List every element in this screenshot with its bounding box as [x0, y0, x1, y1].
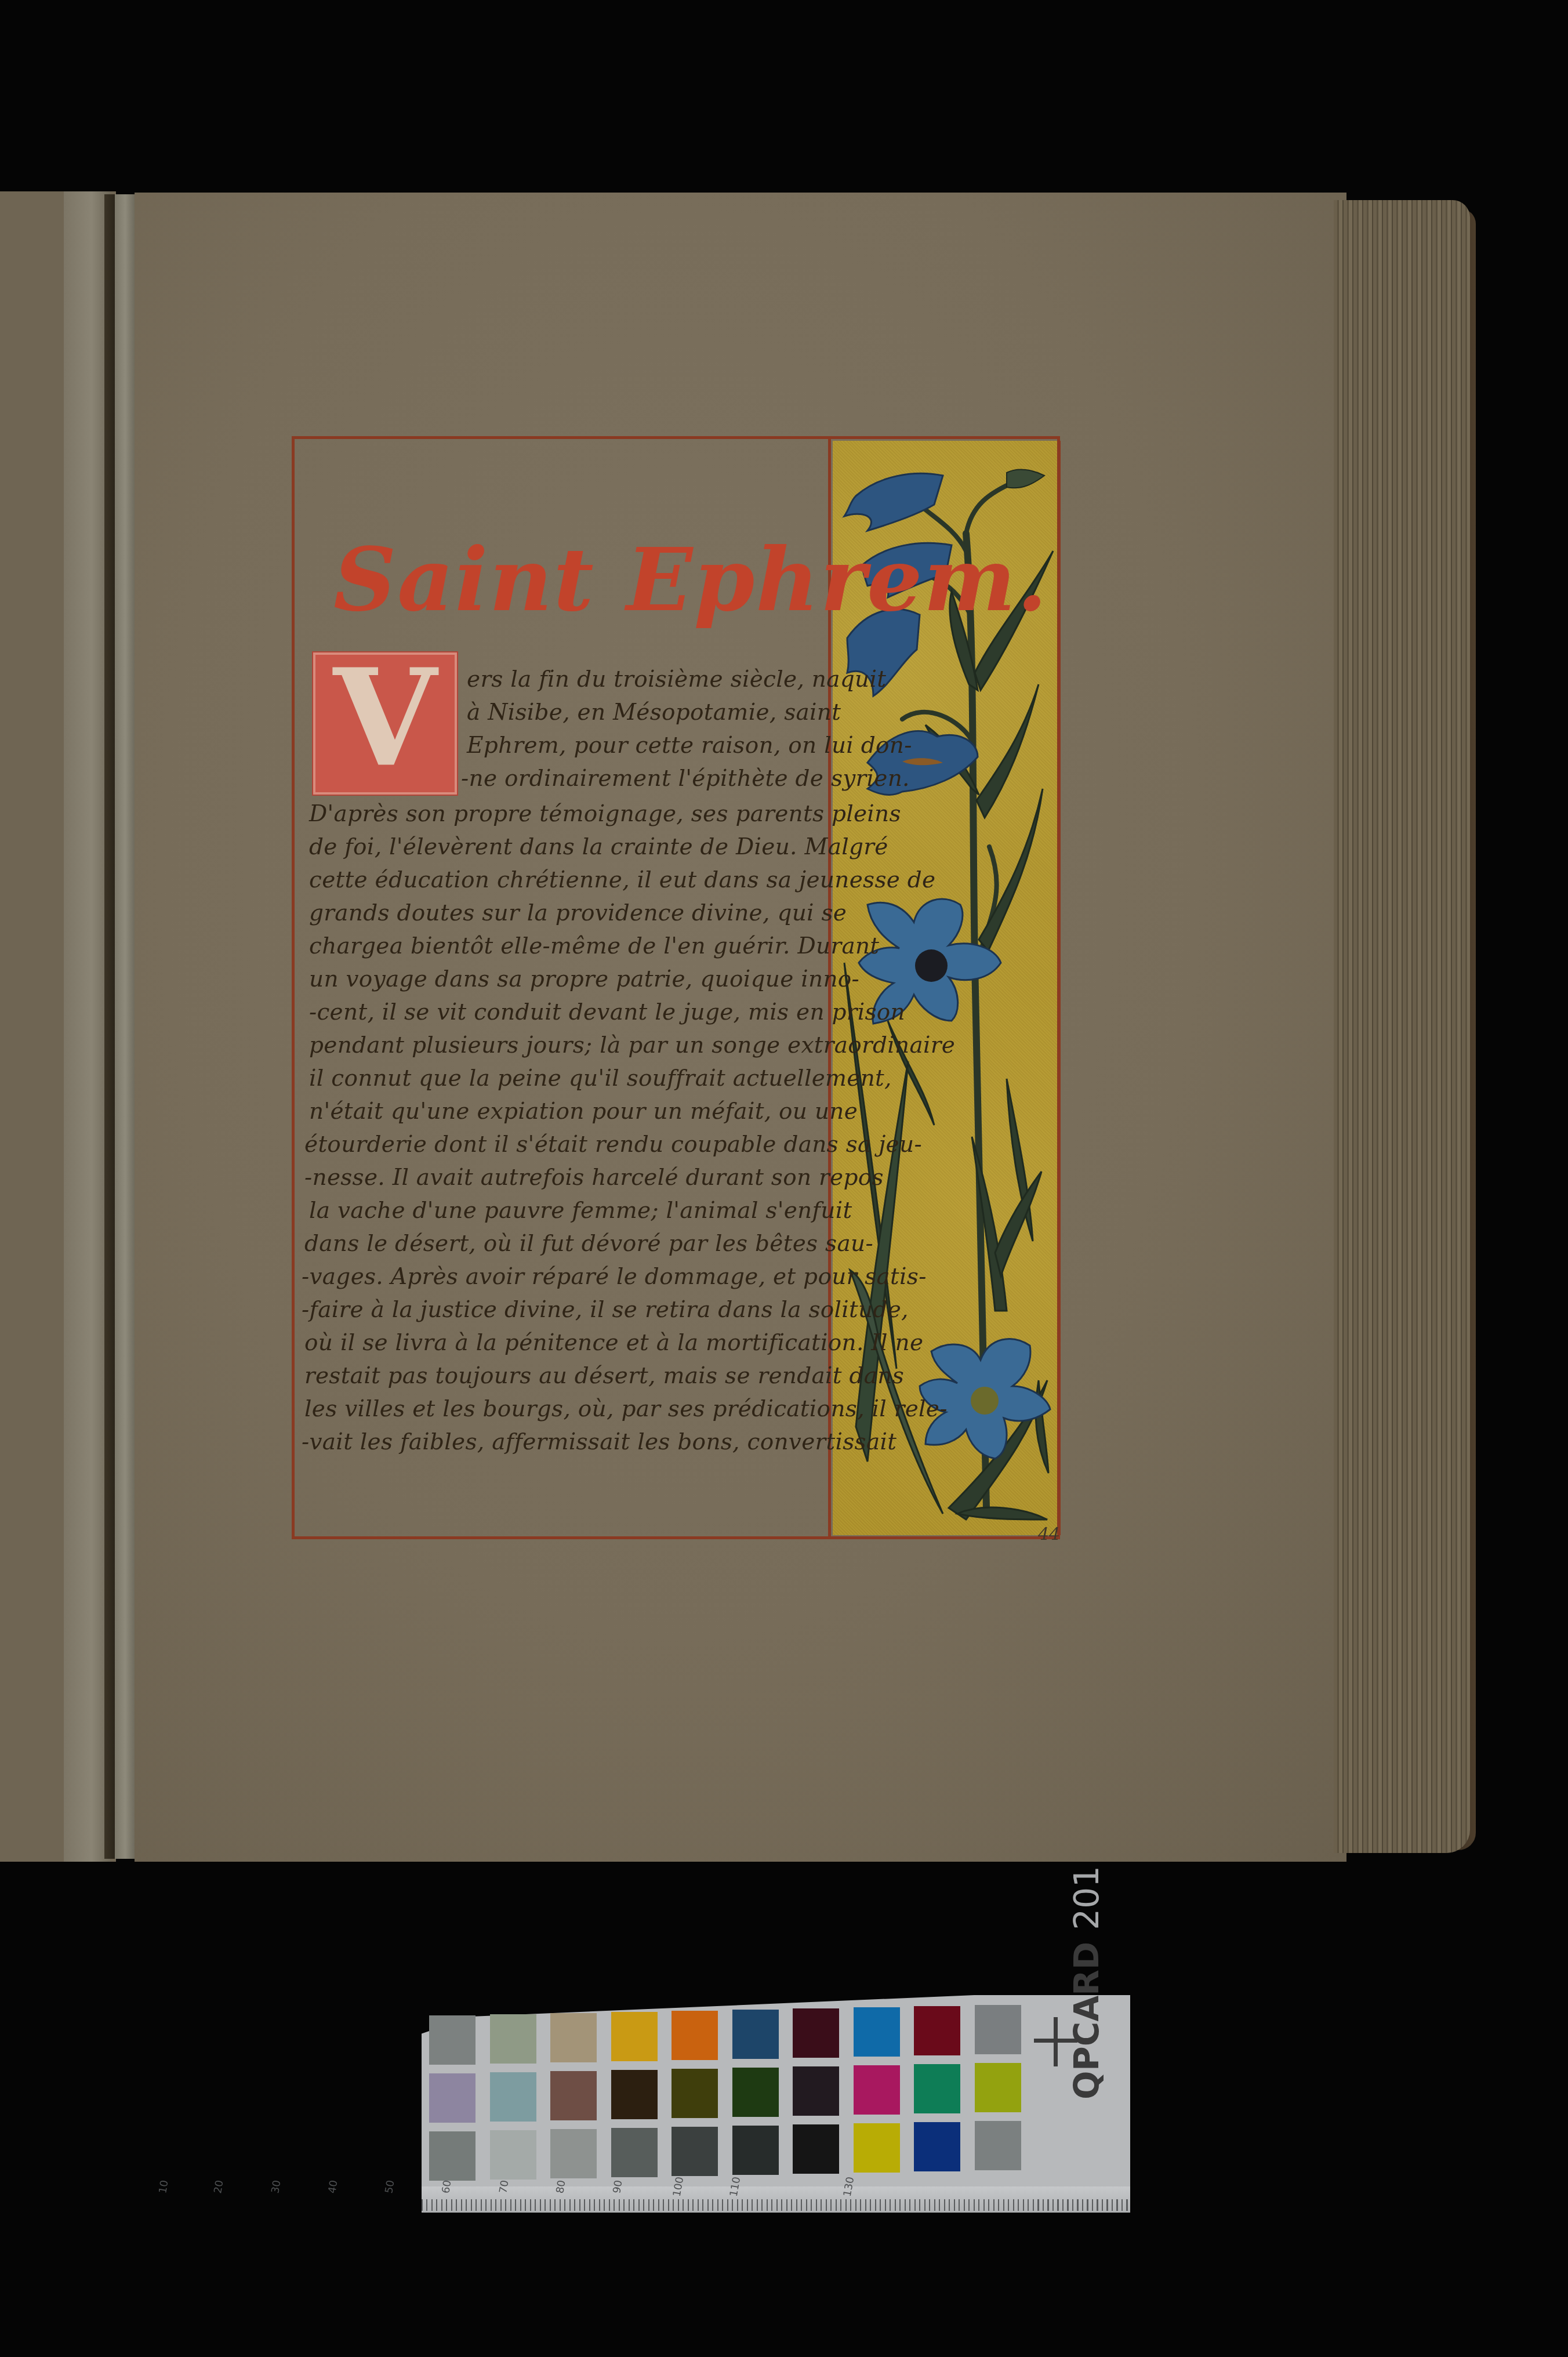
color-swatch	[975, 2005, 1021, 2054]
color-swatch	[914, 2006, 960, 2055]
text-line: pendant plusieurs jours; là par un songe…	[309, 1029, 955, 1062]
card-brand-name: QPCARD	[1067, 1942, 1106, 2099]
color-swatch	[429, 2073, 476, 2123]
text-line: -nesse. Il avait autrefois harcelé duran…	[304, 1161, 884, 1194]
color-swatch	[672, 2127, 718, 2176]
color-swatch	[490, 2072, 536, 2122]
text-line: grands doutes sur la providence divine, …	[309, 897, 847, 930]
color-swatch	[854, 2123, 900, 2173]
color-swatch	[732, 2010, 779, 2059]
text-line: -cent, il se vit conduit devant le juge,…	[309, 996, 905, 1029]
color-swatch	[793, 2066, 839, 2116]
color-swatch	[611, 2012, 658, 2061]
page-fold-strip	[64, 191, 110, 1862]
crosshair-icon-vertical	[1054, 2017, 1058, 2066]
color-swatch	[429, 2131, 476, 2181]
text-line: D'après son propre témoignage, ses paren…	[309, 797, 901, 831]
card-model-number: 201	[1067, 1866, 1106, 1930]
text-line: n'était qu'une expiation pour un méfait,…	[309, 1095, 858, 1128]
ruler-label: 70	[497, 2179, 511, 2194]
color-swatch	[490, 2130, 536, 2180]
color-swatch	[550, 2129, 597, 2178]
text-line: où il se livra à la pénitence et à la mo…	[304, 1326, 923, 1359]
color-swatch	[611, 2128, 658, 2177]
color-swatch	[611, 2070, 658, 2119]
text-line: -faire à la justice divine, il se retira…	[302, 1293, 909, 1326]
text-line: -ne ordinairement l'épithète de syrien.	[461, 762, 910, 795]
text-line: un voyage dans sa propre patrie, quoique…	[309, 963, 859, 996]
text-line: restait pas toujours au désert, mais se …	[304, 1359, 904, 1393]
gutter-paper-strip	[115, 194, 136, 1859]
color-swatch	[975, 2063, 1021, 2112]
drop-cap-initial: V	[313, 652, 457, 795]
ruler-label: 60	[440, 2179, 455, 2194]
text-line: -vait les faibles, affermissait les bons…	[302, 1426, 896, 1459]
color-swatch	[672, 2069, 718, 2118]
text-line: il connut que la peine qu'il souffrait a…	[309, 1062, 892, 1095]
color-swatch	[975, 2121, 1021, 2170]
ruler-ticks	[422, 2199, 1130, 2211]
text-line: ers la fin du troisième siècle, naquit	[467, 663, 886, 696]
text-line: chargea bientôt elle-même de l'en guérir…	[309, 930, 879, 963]
color-swatch	[732, 2126, 779, 2175]
ruler-label: 90	[611, 2179, 625, 2194]
color-swatch	[793, 2008, 839, 2058]
text-line: Ephrem, pour cette raison, on lui don-	[467, 729, 912, 762]
color-swatch	[550, 2071, 597, 2120]
text-line: dans le désert, où il fut dévoré par les…	[304, 1227, 873, 1260]
ruler-label: 20	[212, 2179, 226, 2194]
text-line: de foi, l'élevèrent dans la crainte de D…	[309, 831, 888, 864]
text-line: -vages. Après avoir réparé le dommage, e…	[302, 1260, 927, 1293]
page-number: 44	[1038, 1524, 1060, 1544]
color-swatch	[672, 2011, 718, 2060]
ruler-label: 30	[269, 2179, 284, 2194]
color-swatch	[854, 2007, 900, 2057]
color-swatch	[854, 2065, 900, 2115]
ruler-label: 80	[554, 2179, 568, 2194]
color-swatch	[914, 2064, 960, 2113]
text-line: à Nisibe, en Mésopotamie, saint	[467, 696, 841, 729]
color-swatch	[732, 2068, 779, 2117]
text-line: cette éducation chrétienne, il eut dans …	[309, 864, 935, 897]
page-title: Saint Ephrem.	[333, 522, 809, 638]
initial-letter: V	[315, 649, 455, 788]
color-swatch	[914, 2122, 960, 2171]
color-swatch	[550, 2013, 597, 2062]
ruler-label: 10	[157, 2179, 171, 2194]
ruler-label: 50	[383, 2179, 397, 2194]
color-swatch	[429, 2015, 476, 2065]
ruler-label: 40	[326, 2179, 340, 2194]
color-swatch	[793, 2124, 839, 2174]
color-swatch	[490, 2014, 536, 2064]
text-line: étourderie dont il s'était rendu coupabl…	[304, 1128, 922, 1161]
text-line: la vache d'une pauvre femme; l'animal s'…	[309, 1194, 852, 1227]
page-edges-stack	[1334, 200, 1470, 1853]
card-brand-label: QPCARD 201	[1067, 1866, 1106, 2099]
text-line: les villes et les bourgs, où, par ses pr…	[304, 1393, 948, 1426]
